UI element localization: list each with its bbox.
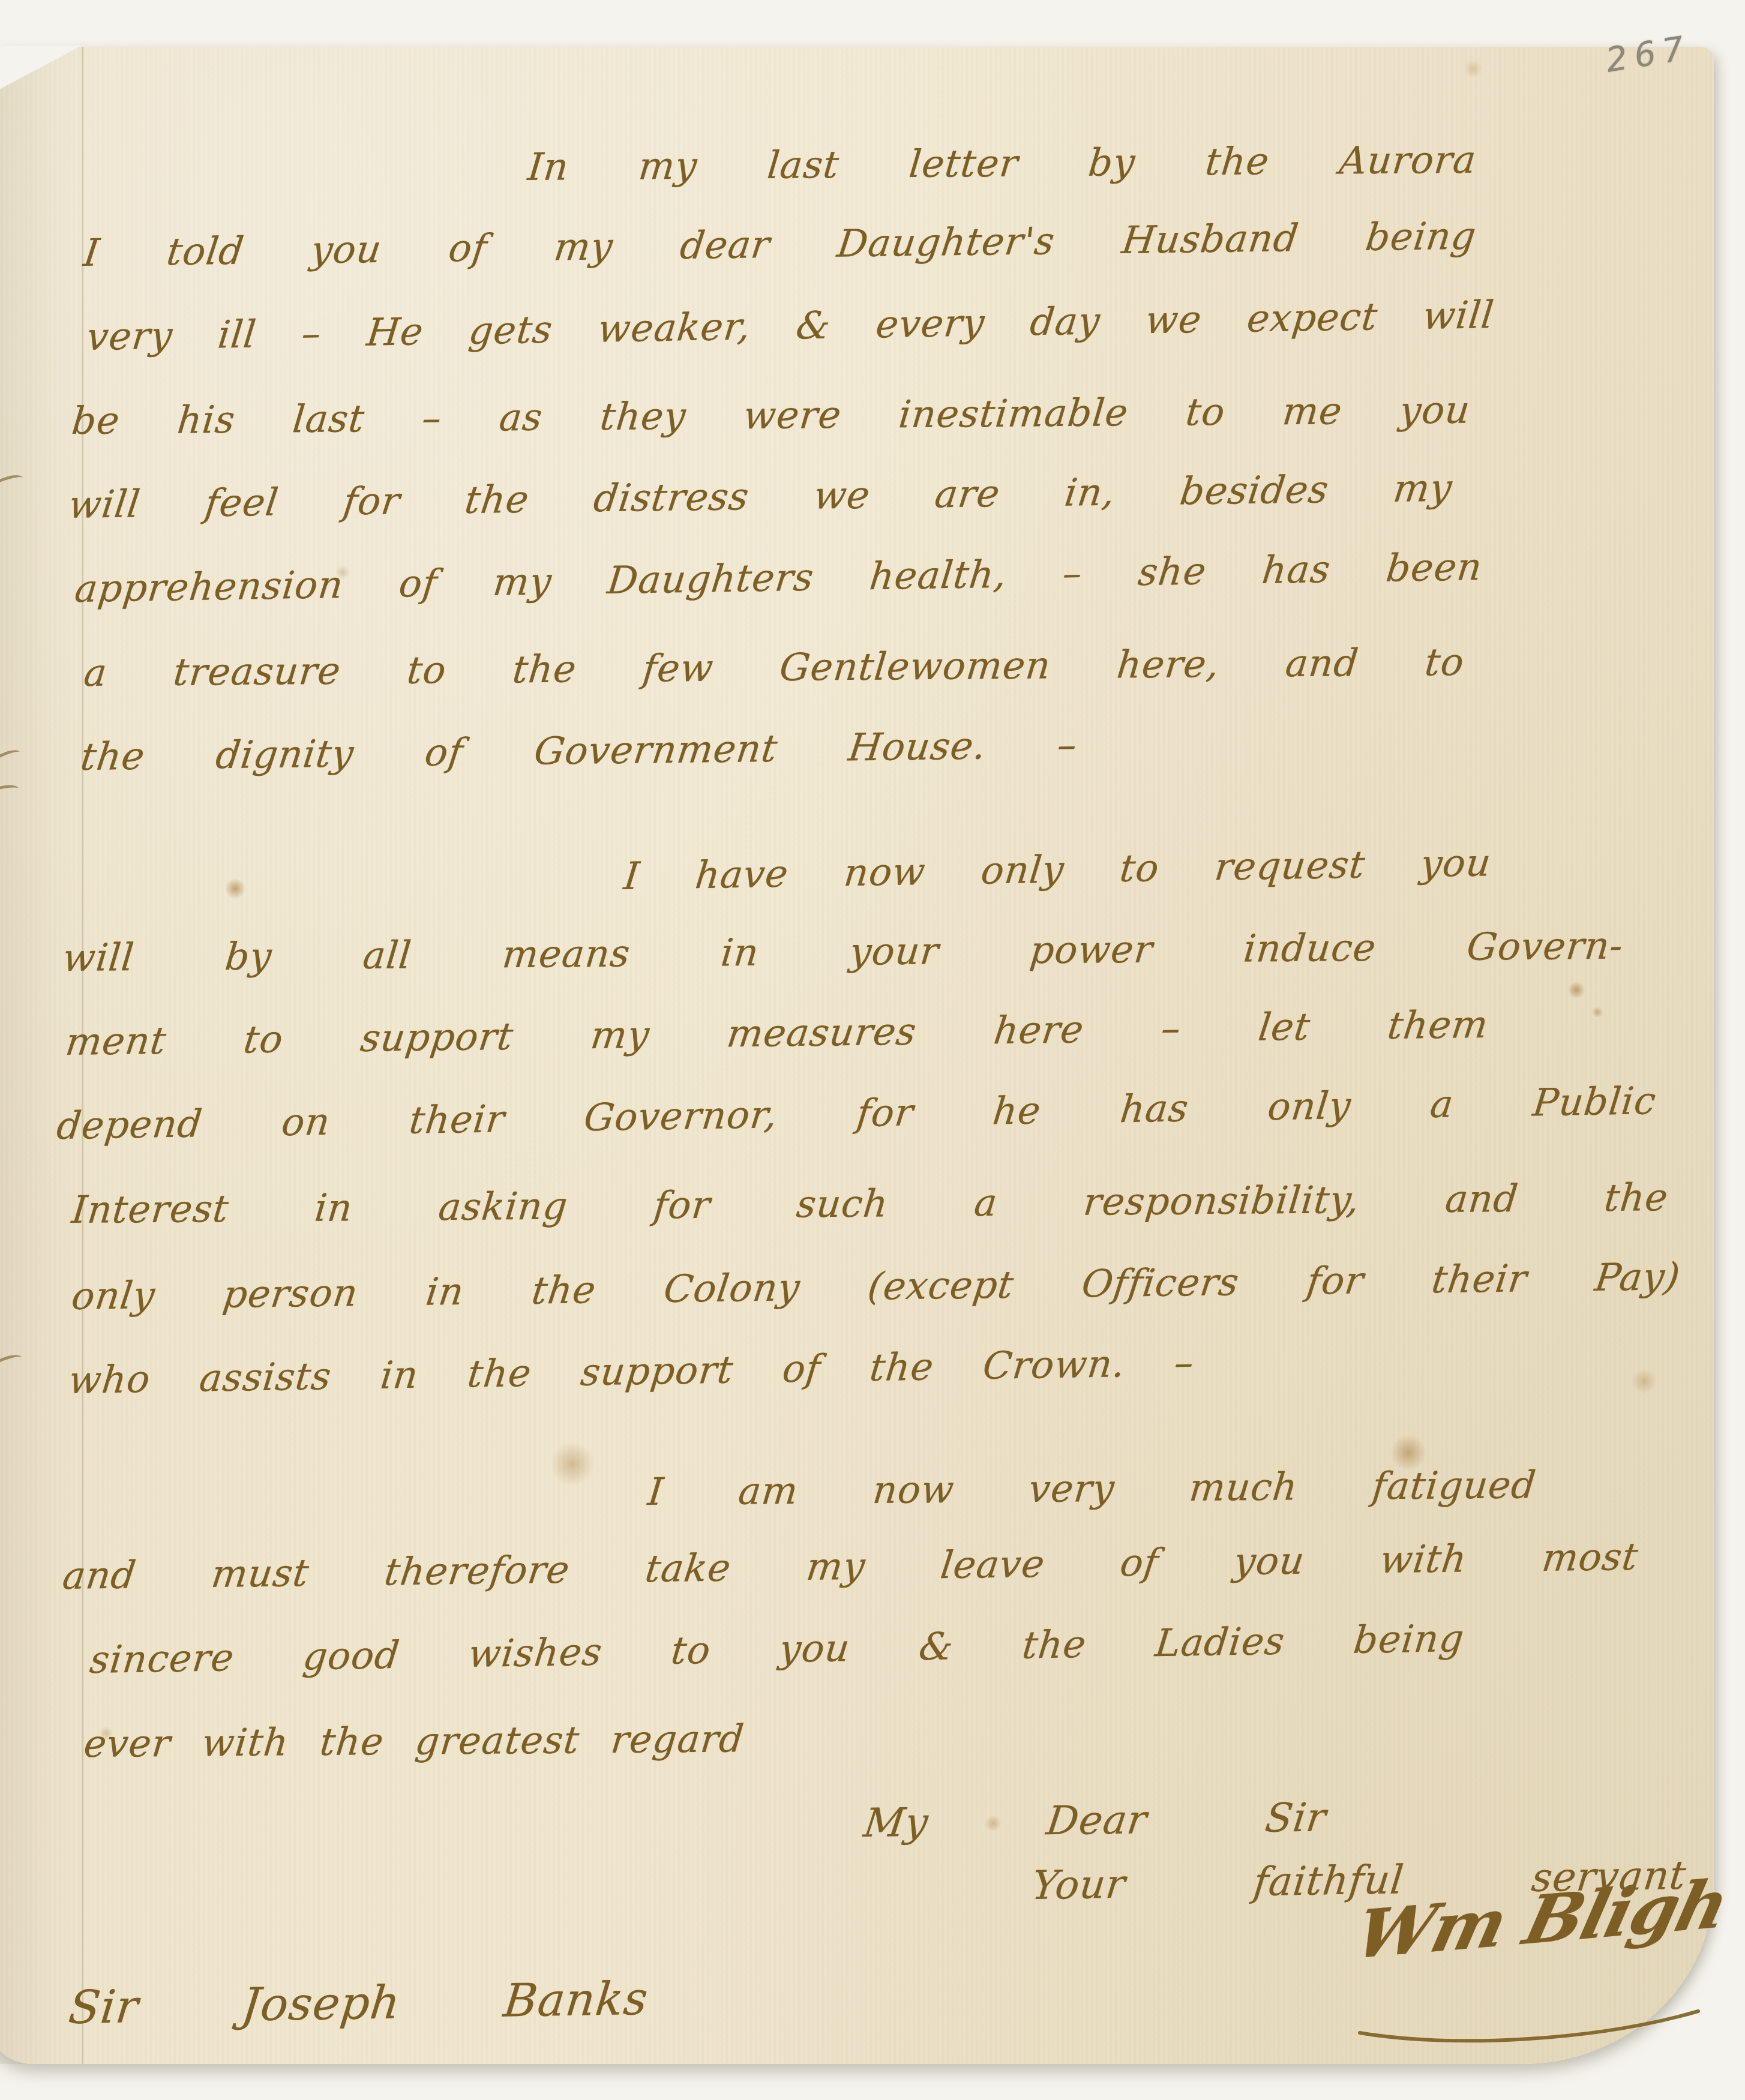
letter-line: will by all means in your power induce G… (61, 923, 1626, 982)
letter-line: Interest in asking for such a responsibi… (70, 1174, 1671, 1234)
addressee-name: Sir Joseph Banks (66, 1970, 651, 2036)
closing-salutation: My Dear Sir (861, 1793, 1330, 1849)
scanned-letter-page: 267 In my last letter by the Aurora I to… (0, 0, 1745, 2100)
letter-line: In my last letter by the Aurora (526, 137, 1479, 191)
letter-line: apprehension of my Daughters health, – s… (73, 544, 1485, 613)
letter-line: the dignity of Government House. – (78, 722, 1080, 781)
signature-underline-flourish (1343, 1998, 1715, 2052)
letter-line: ever with the greatest regard (82, 1715, 746, 1768)
letter-line: I am now very much fatigued (646, 1462, 1539, 1516)
letter-line: be his last – as they were inestimable t… (70, 387, 1473, 445)
letter-line: depend on their Governor, for he has onl… (55, 1078, 1659, 1150)
handwritten-text-layer: In my last letter by the Aurora I told y… (0, 0, 1745, 2100)
letter-line: sincere good wishes to you & the Ladies … (88, 1615, 1467, 1684)
letter-line: very ill – He gets weaker, & every day w… (85, 292, 1497, 361)
letter-line: who assists in the support of the Crown.… (67, 1339, 1197, 1404)
letter-line: will feel for the distress we are in, be… (66, 465, 1455, 529)
letter-line: ment to support my measures here – let t… (63, 1001, 1491, 1066)
letter-line: only person in the Colony (except Office… (69, 1253, 1683, 1321)
letter-line: a treasure to the few Gentlewomen here, … (82, 639, 1467, 697)
letter-line: and must therefore take my leave of you … (60, 1534, 1641, 1600)
letter-line: I have now only to request you (622, 839, 1494, 901)
letter-line: I told you of my dear Daughter's Husband… (81, 213, 1479, 277)
